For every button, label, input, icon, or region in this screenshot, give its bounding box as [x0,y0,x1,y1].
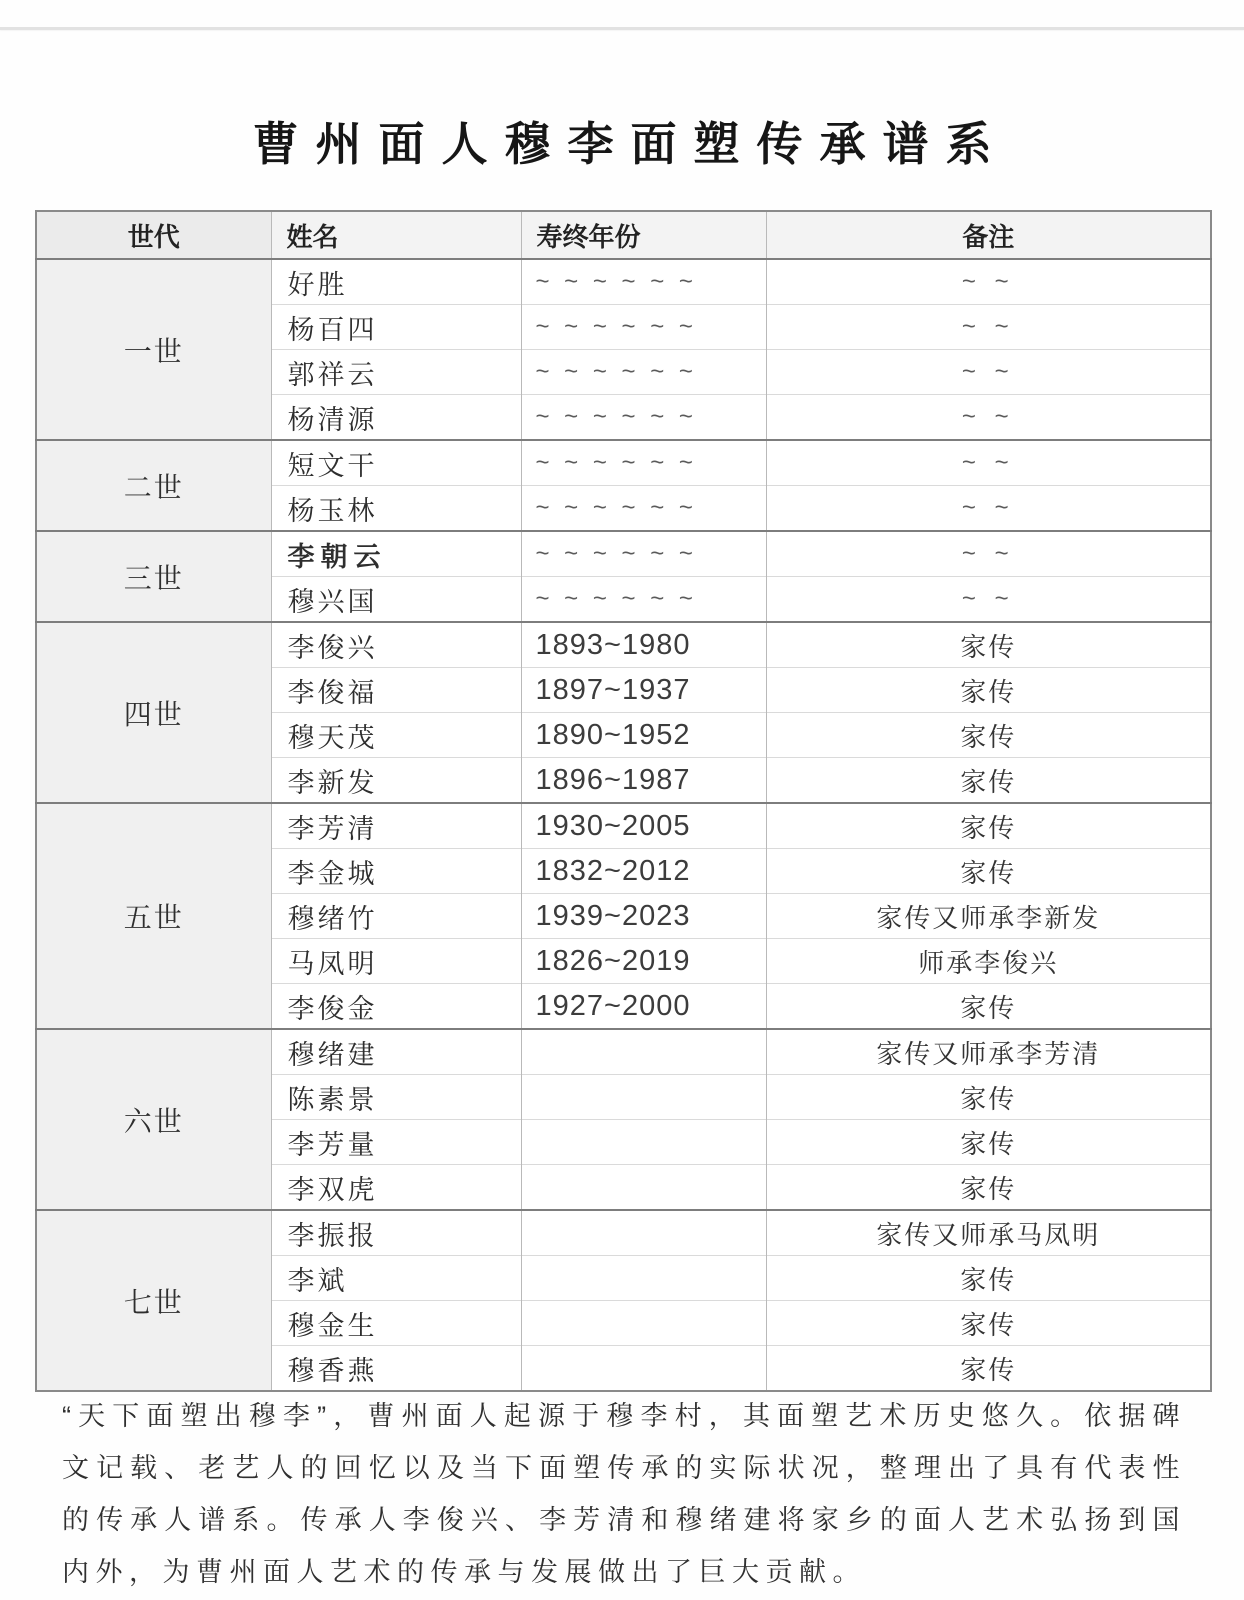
death-years-cell: ~ ~ ~ ~ ~ ~ [521,486,766,532]
note-cell: 家传 [766,1301,1211,1346]
table-row: 二世短文干~ ~ ~ ~ ~ ~~ ~ [36,440,1211,486]
header-death-years: 寿终年份 [521,211,766,259]
death-years-cell: ~ ~ ~ ~ ~ ~ [521,350,766,395]
table-row: 三世李朝云~ ~ ~ ~ ~ ~~ ~ [36,531,1211,577]
table-header-row: 世代 姓名 寿终年份 备注 [36,211,1211,259]
name-cell: 李斌 [271,1256,521,1301]
table-row: 四世李俊兴1893~1980家传 [36,622,1211,668]
note-cell: 家传又师承李芳清 [766,1029,1211,1075]
name-cell: 李振报 [271,1210,521,1256]
genealogy-table: 世代 姓名 寿终年份 备注 一世好胜~ ~ ~ ~ ~ ~~ ~杨百四~ ~ ~… [35,210,1212,1392]
death-years-cell: 1890~1952 [521,713,766,758]
name-cell: 陈素景 [271,1075,521,1120]
table-row: 一世好胜~ ~ ~ ~ ~ ~~ ~ [36,259,1211,305]
note-cell: 家传 [766,1346,1211,1392]
note-cell: 家传又师承李新发 [766,894,1211,939]
top-divider-line [0,27,1244,30]
note-cell: ~ ~ [766,350,1211,395]
death-years-cell [521,1346,766,1392]
name-cell: 李双虎 [271,1165,521,1211]
note-cell: ~ ~ [766,531,1211,577]
header-name: 姓名 [271,211,521,259]
death-years-cell: 1893~1980 [521,622,766,668]
note-cell: ~ ~ [766,577,1211,623]
death-years-cell [521,1120,766,1165]
note-cell: 家传 [766,713,1211,758]
footer-paragraph: “天下面塑出穆李”，曹州面人起源于穆李村，其面塑艺术历史悠久。依据碑文记载、老艺… [62,1390,1186,1598]
note-cell: 家传 [766,1256,1211,1301]
table-row: 五世李芳清1930~2005家传 [36,803,1211,849]
generation-cell: 七世 [36,1210,271,1391]
generation-cell: 二世 [36,440,271,531]
name-cell: 李俊兴 [271,622,521,668]
note-cell: 师承李俊兴 [766,939,1211,984]
note-cell: ~ ~ [766,486,1211,532]
name-cell: 短文干 [271,440,521,486]
note-cell: 家传又师承马凤明 [766,1210,1211,1256]
generation-cell: 六世 [36,1029,271,1210]
name-cell: 李俊福 [271,668,521,713]
note-cell: ~ ~ [766,395,1211,441]
death-years-cell [521,1210,766,1256]
death-years-cell: 1826~2019 [521,939,766,984]
name-cell: 李芳量 [271,1120,521,1165]
name-cell: 杨清源 [271,395,521,441]
death-years-cell: ~ ~ ~ ~ ~ ~ [521,440,766,486]
death-years-cell: 1927~2000 [521,984,766,1030]
name-cell: 李新发 [271,758,521,804]
name-cell: 李金城 [271,849,521,894]
generation-cell: 四世 [36,622,271,803]
name-cell: 马凤明 [271,939,521,984]
name-cell: 穆绪竹 [271,894,521,939]
genealogy-table-body: 一世好胜~ ~ ~ ~ ~ ~~ ~杨百四~ ~ ~ ~ ~ ~~ ~郭祥云~ … [36,259,1211,1391]
note-cell: 家传 [766,849,1211,894]
death-years-cell [521,1256,766,1301]
death-years-cell: ~ ~ ~ ~ ~ ~ [521,577,766,623]
note-cell: 家传 [766,1075,1211,1120]
name-cell: 穆天茂 [271,713,521,758]
death-years-cell [521,1301,766,1346]
note-cell: 家传 [766,803,1211,849]
generation-cell: 三世 [36,531,271,622]
death-years-cell: ~ ~ ~ ~ ~ ~ [521,305,766,350]
death-years-cell: 1897~1937 [521,668,766,713]
note-cell: 家传 [766,622,1211,668]
name-cell: 穆绪建 [271,1029,521,1075]
name-cell: 杨玉林 [271,486,521,532]
death-years-cell: ~ ~ ~ ~ ~ ~ [521,531,766,577]
death-years-cell [521,1029,766,1075]
note-cell: 家传 [766,1120,1211,1165]
name-cell: 穆金生 [271,1301,521,1346]
name-cell: 穆香燕 [271,1346,521,1392]
death-years-cell [521,1075,766,1120]
table-row: 六世穆绪建家传又师承李芳清 [36,1029,1211,1075]
death-years-cell: 1930~2005 [521,803,766,849]
table-row: 七世李振报家传又师承马凤明 [36,1210,1211,1256]
death-years-cell: 1939~2023 [521,894,766,939]
name-cell: 好胜 [271,259,521,305]
generation-cell: 五世 [36,803,271,1029]
death-years-cell: ~ ~ ~ ~ ~ ~ [521,395,766,441]
death-years-cell: ~ ~ ~ ~ ~ ~ [521,259,766,305]
death-years-cell: 1896~1987 [521,758,766,804]
name-cell: 穆兴国 [271,577,521,623]
header-notes: 备注 [766,211,1211,259]
generation-cell: 一世 [36,259,271,440]
name-cell: 李芳清 [271,803,521,849]
note-cell: 家传 [766,668,1211,713]
name-cell: 李朝云 [271,531,521,577]
name-cell: 郭祥云 [271,350,521,395]
name-cell: 杨百四 [271,305,521,350]
document-page: 曹州面人穆李面塑传承谱系 世代 姓名 寿终年份 备注 一世好胜~ ~ ~ ~ ~… [0,0,1244,1600]
note-cell: ~ ~ [766,305,1211,350]
death-years-cell: 1832~2012 [521,849,766,894]
header-generation: 世代 [36,211,271,259]
note-cell: ~ ~ [766,440,1211,486]
page-title: 曹州面人穆李面塑传承谱系 [0,108,1244,174]
note-cell: 家传 [766,1165,1211,1211]
note-cell: 家传 [766,758,1211,804]
note-cell: ~ ~ [766,259,1211,305]
name-cell: 李俊金 [271,984,521,1030]
death-years-cell [521,1165,766,1211]
note-cell: 家传 [766,984,1211,1030]
